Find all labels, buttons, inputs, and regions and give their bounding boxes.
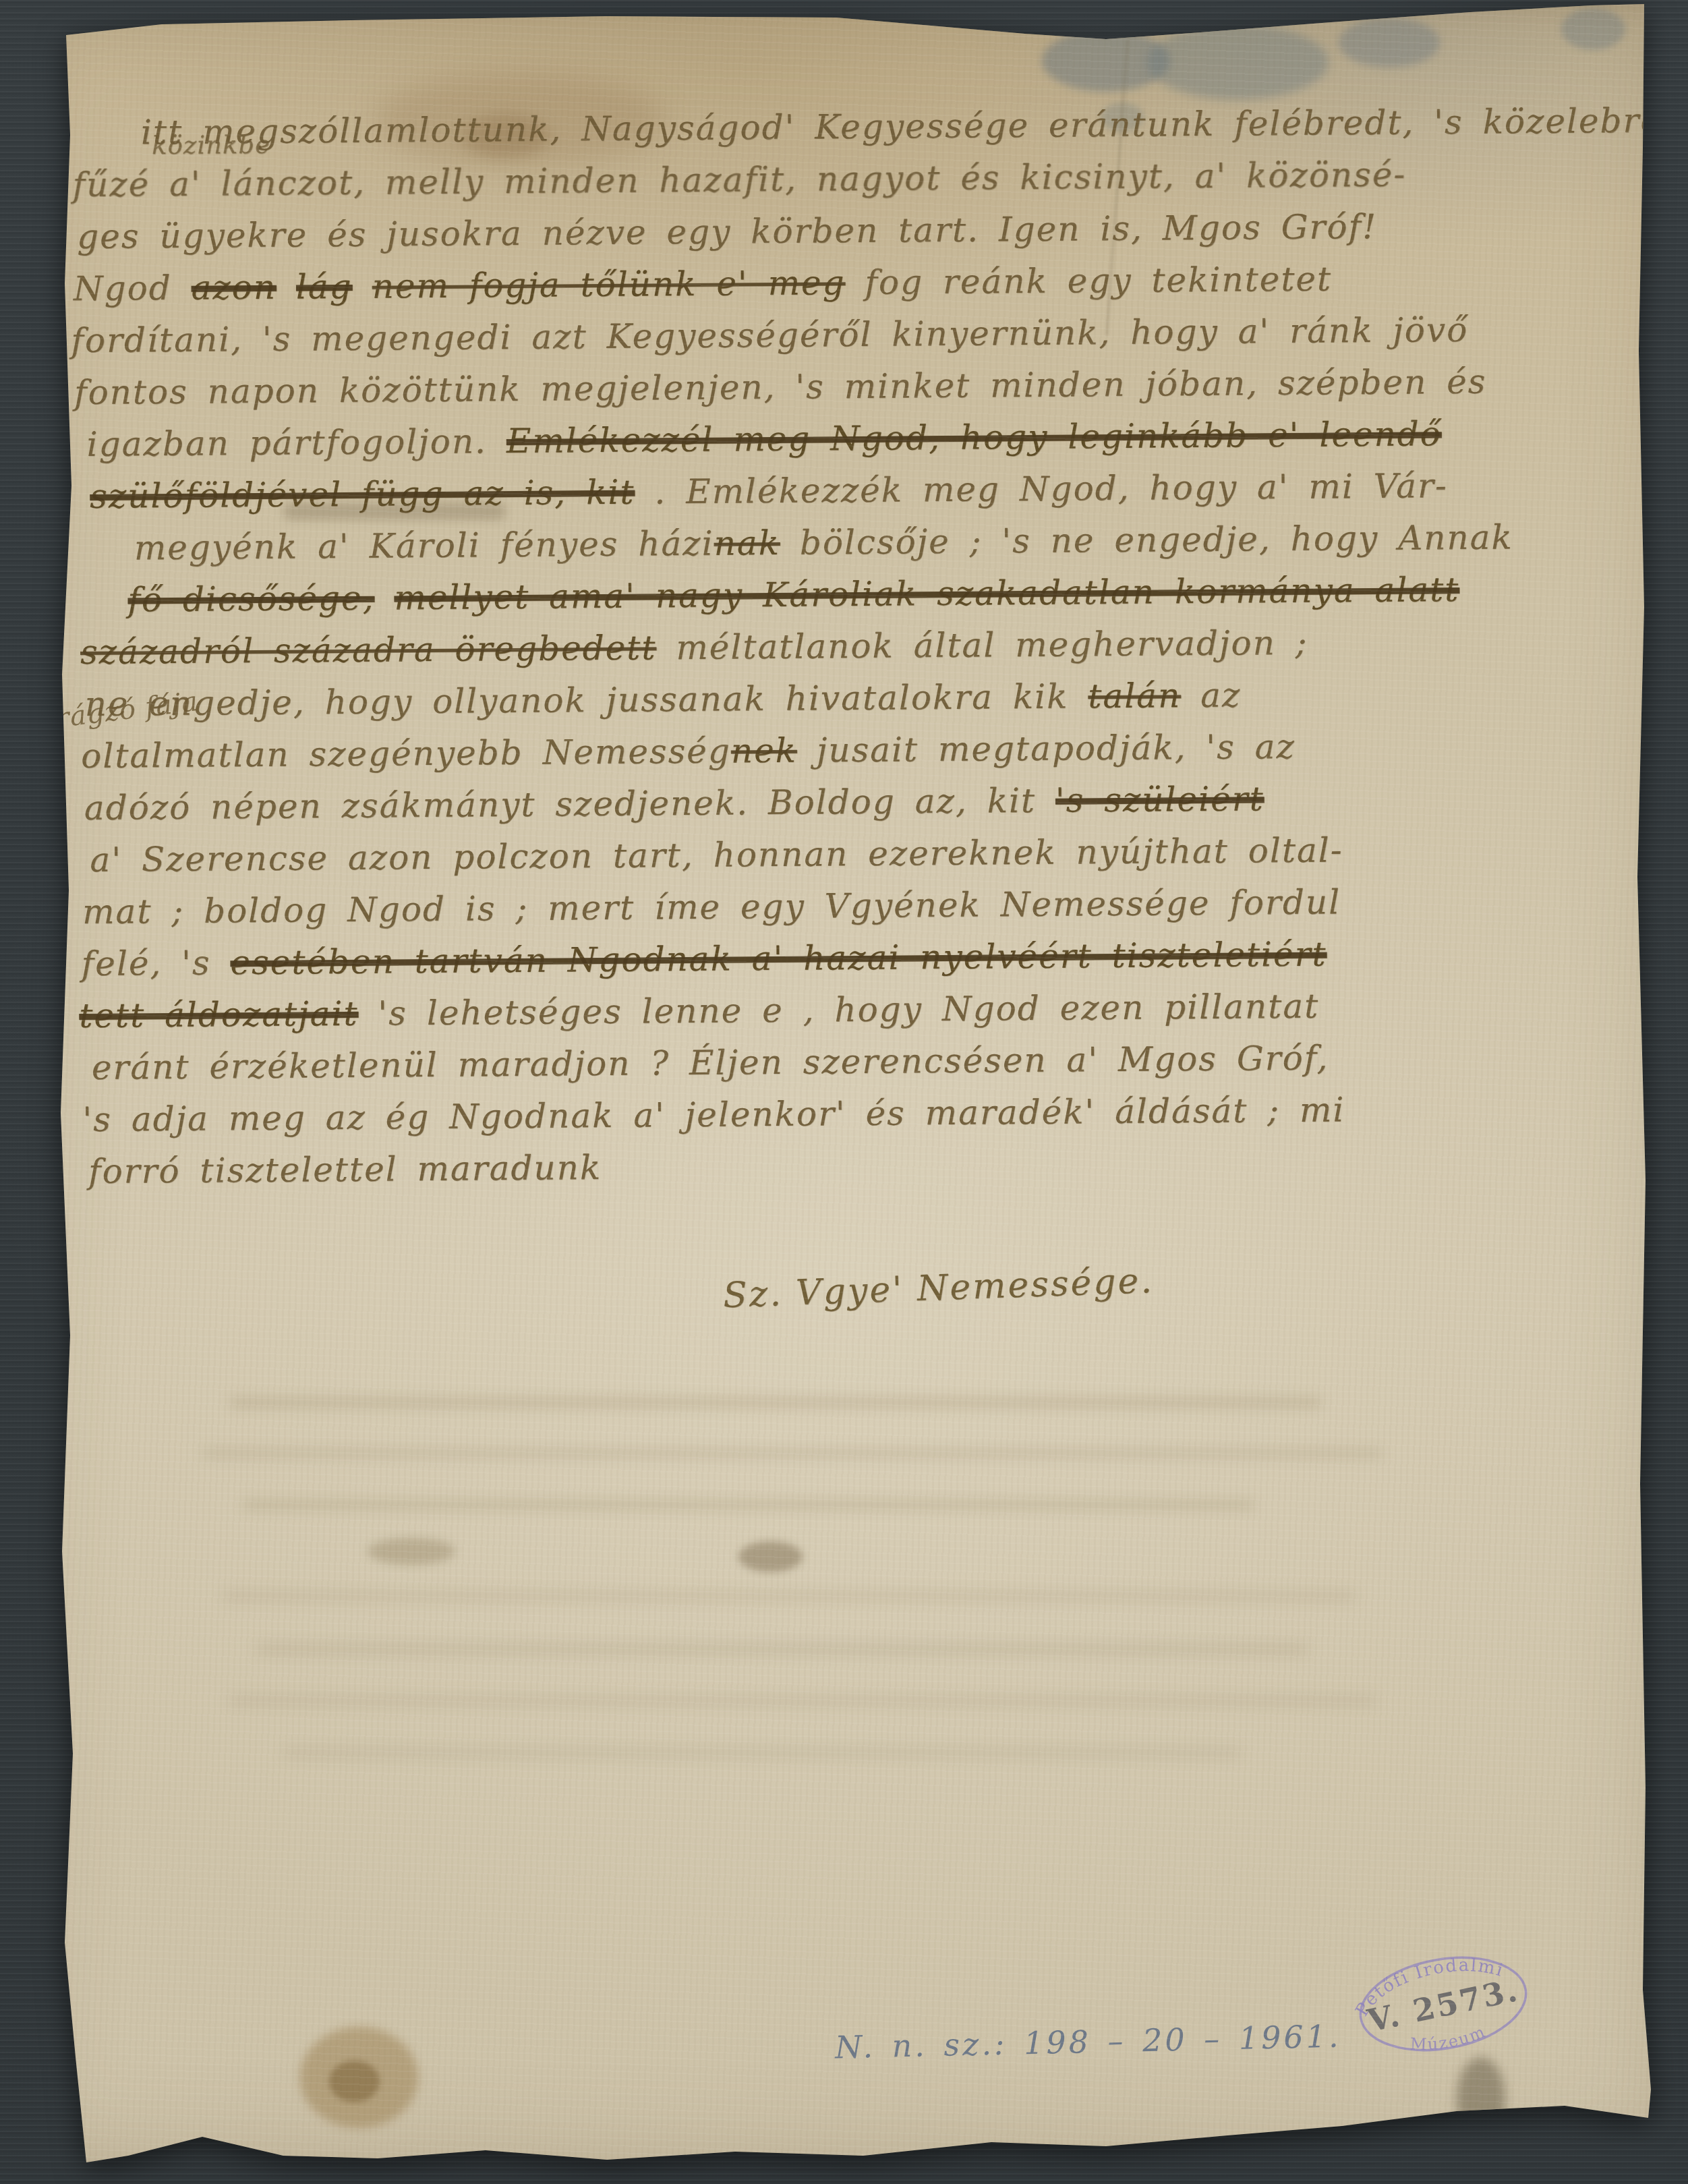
text-segment: [374, 578, 394, 617]
stain: [1339, 18, 1440, 67]
text-segment: eránt érzéketlenül maradjon ? Éljen szer…: [92, 1039, 1329, 1087]
show-through-line: [243, 1500, 1254, 1510]
text-segment: mat ; boldog Ngod is ; mert íme egy Vgyé…: [82, 882, 1341, 931]
show-through-line: [256, 1644, 1308, 1654]
stain: [329, 2061, 380, 2102]
text-segment: nak: [714, 523, 780, 563]
text-segment: igazban pártfogoljon.: [86, 422, 506, 464]
show-through-line: [202, 1449, 1383, 1458]
stain: [1042, 30, 1170, 92]
text-segment: szülőföldjével függ az is, kit: [90, 473, 635, 516]
text-segment: felé, 's: [81, 943, 230, 983]
text-segment: megyénk a' Károli fényes házi: [134, 524, 714, 568]
stain: [1146, 24, 1329, 100]
stain: [368, 1538, 455, 1565]
text-segment: fűzé a' lánczot, melly minden hazafit, n…: [72, 155, 1406, 205]
text-segment: jusait megtapodják, 's az: [797, 727, 1296, 770]
text-segment: fontos napon közöttünk megjelenjen, 's m…: [74, 362, 1487, 412]
text-segment: 's adja meg az ég Ngodnak a' jelenkor' é…: [82, 1090, 1345, 1139]
text-segment: lág: [296, 267, 353, 307]
text-segment: méltatlanok által meghervadjon ;: [656, 623, 1308, 668]
text-segment: itt megszóllamlottunk, Nagyságod' Kegyes…: [141, 101, 1662, 152]
museum-stamp-graphic: Petőfi Irodalmi Múzeum V. 2573.: [1334, 1930, 1553, 2078]
text-segment: talán: [1088, 676, 1181, 716]
show-through-line: [229, 1398, 1322, 1408]
text-segment: adózó népen zsákmányt szedjenek. Boldog …: [84, 781, 1056, 828]
text-segment: tett áldozatjait: [79, 994, 359, 1035]
stain: [1457, 2057, 1505, 2142]
text-segment: azon: [191, 268, 277, 308]
show-through-line: [283, 1748, 1241, 1757]
text-segment: bölcsője ; 's ne engedje, hogy Annak: [780, 517, 1513, 563]
text-segment: a' Szerencse azon polczon tart, honnan e…: [90, 830, 1343, 880]
text-segment: [277, 268, 296, 307]
text-segment: Ngod: [74, 268, 192, 308]
interline-insertion: közinkbe: [152, 132, 270, 158]
show-through-line: [229, 1696, 1376, 1705]
photo-backdrop: itt megszóllamlottunk, Nagyságod' Kegyes…: [0, 0, 1688, 2184]
manuscript-paper: itt megszóllamlottunk, Nagyságod' Kegyes…: [0, 0, 1688, 2184]
signature-line: Sz. Vgye' Nemessége.: [722, 1261, 1155, 1316]
text-segment: forró tisztelettel maradunk: [88, 1148, 602, 1191]
museum-stamp: Petőfi Irodalmi Múzeum V. 2573.: [1334, 1930, 1553, 2078]
text-segment: ges ügyekre és jusokra nézve egy körben …: [77, 207, 1377, 256]
manuscript-text: itt megszóllamlottunk, Nagyságod' Kegyes…: [67, 95, 1654, 1198]
show-through-line: [223, 1592, 1356, 1601]
text-segment: [353, 267, 372, 306]
text-segment: . Emlékezzék meg Ngod, hogy a' mi Vár-: [635, 466, 1448, 511]
text-segment: nem fogja tőlünk e' meg: [372, 263, 845, 306]
text-segment: fog reánk egy tekintetet: [845, 259, 1332, 302]
text-segment: oltalmatlan szegényebb Nemesség: [81, 732, 731, 776]
text-segment: fordítani, 's megengedi azt Kegyességérő…: [71, 310, 1468, 360]
text-segment: századról századra öregbedett: [80, 628, 657, 672]
text-segment: nek: [731, 731, 798, 771]
text-segment: az: [1181, 676, 1241, 716]
stain: [300, 2027, 418, 2128]
stain: [738, 1541, 803, 1572]
text-segment: Emlékezzél meg Ngod, hogy leginkább e' l…: [506, 414, 1442, 461]
stain: [1561, 8, 1625, 50]
accession-number-note: N. n. sz.: 198 – 20 – 1961.: [834, 2017, 1341, 2065]
text-segment: esetében tartván Ngodnak a' hazai nyelvé…: [230, 935, 1327, 983]
text-segment: 's lehetséges lenne e , hogy Ngod ezen p…: [358, 987, 1319, 1033]
text-segment: fő dicsősége,: [127, 579, 374, 620]
paper-sheet-wrap: itt megszóllamlottunk, Nagyságod' Kegyes…: [0, 0, 1688, 2184]
text-segment: 's szüleiért: [1055, 779, 1264, 820]
text-segment: mellyet ama' nagy Károliak szakadatlan k…: [394, 570, 1459, 617]
text-segment: ne engedje, hogy ollyanok jussanak hivat…: [84, 677, 1088, 724]
